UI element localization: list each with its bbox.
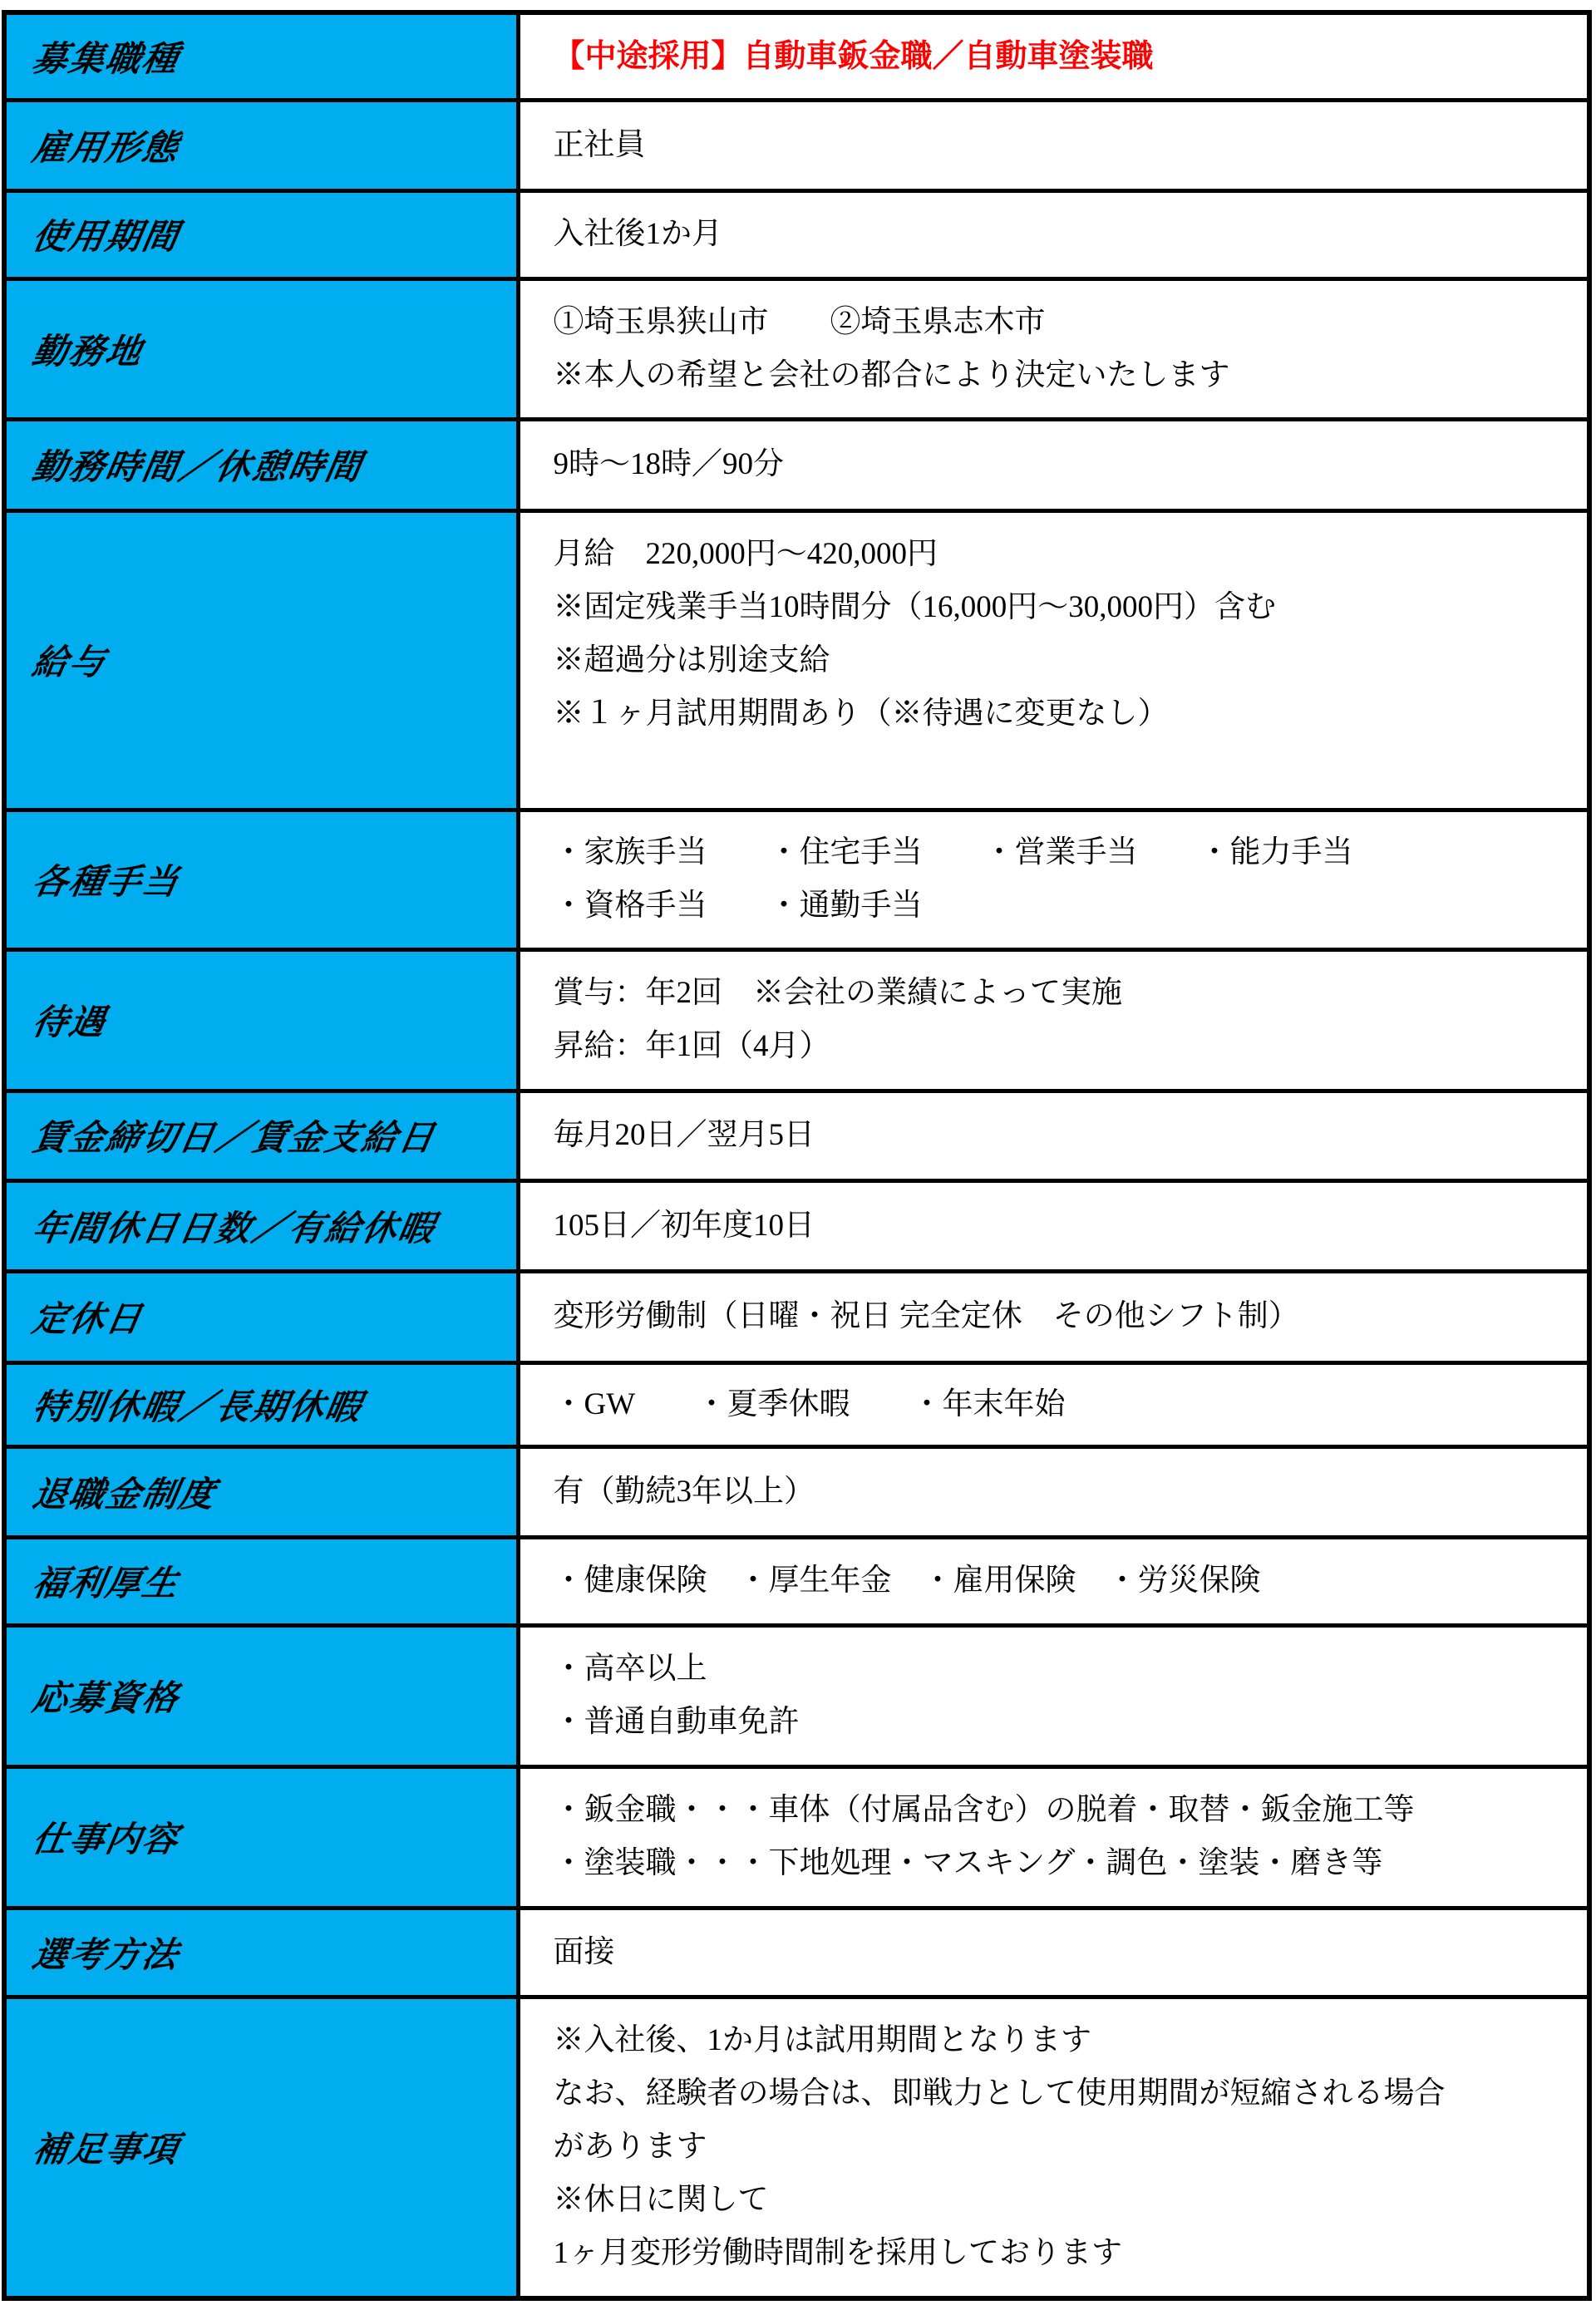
value-line: ①埼玉県狭山市 ②埼玉県志木市 bbox=[554, 296, 1568, 349]
row-value-cell: 有（勤続3年以上） bbox=[518, 1446, 1589, 1537]
row-value-cell: 正社員 bbox=[518, 100, 1589, 190]
value-line: 1ヶ月変形労働時間制を採用しております bbox=[554, 2227, 1568, 2280]
row-label-cell: 年間休日日数／有給休暇 bbox=[4, 1180, 518, 1271]
table-row: 賃金締切日／賃金支給日 毎月20日／翌月5日 bbox=[4, 1091, 1589, 1180]
value-line: 毎月20日／翌月5日 bbox=[554, 1109, 1568, 1162]
value-line: 9時～18時／90分 bbox=[554, 438, 1568, 491]
row-value-cell: 105日／初年度10日 bbox=[518, 1180, 1589, 1271]
table-row: 給与 月給 220,000円～420,000円※固定残業手当10時間分（16,0… bbox=[4, 510, 1589, 810]
row-label-cell: 補足事項 bbox=[4, 1997, 518, 2298]
row-value-cell: ①埼玉県狭山市 ②埼玉県志木市※本人の希望と会社の都合により決定いたします bbox=[518, 278, 1589, 419]
row-value-cell: ・高卒以上・普通自動車免許 bbox=[518, 1625, 1589, 1766]
row-label-cell: 特別休暇／長期休暇 bbox=[4, 1362, 518, 1446]
row-label-cell: 給与 bbox=[4, 510, 518, 810]
value-line: ※超過分は別途支給 bbox=[554, 634, 1568, 687]
value-line: 面接 bbox=[554, 1926, 1568, 1979]
row-value-cell: ・家族手当 ・住宅手当 ・営業手当 ・能力手当・資格手当 ・通勤手当 bbox=[518, 810, 1589, 949]
row-value-cell: ・鈑金職・・・車体（付属品含む）の脱着・取替・鈑金施工等・塗装職・・・下地処理・… bbox=[518, 1766, 1589, 1908]
row-value-cell: ・健康保険 ・厚生年金 ・雇用保険 ・労災保険 bbox=[518, 1537, 1589, 1625]
row-value-cell: 賞与：年2回 ※会社の業績によって実施昇給：年1回（4月） bbox=[518, 949, 1589, 1091]
row-label: 補足事項 bbox=[29, 2122, 185, 2172]
row-value-cell: 月給 220,000円～420,000円※固定残業手当10時間分（16,000円… bbox=[518, 510, 1589, 810]
row-label: 給与 bbox=[29, 635, 111, 685]
row-label: 仕事内容 bbox=[29, 1812, 185, 1862]
table-row: 募集職種 【中途採用】自動車鈑金職／自動車塗装職 bbox=[4, 12, 1589, 100]
value-line: ・資格手当 ・通勤手当 bbox=[554, 879, 1568, 933]
row-label-cell: 応募資格 bbox=[4, 1625, 518, 1766]
value-line: 正社員 bbox=[554, 119, 1568, 172]
value-line: ・高卒以上 bbox=[554, 1643, 1568, 1696]
table-row: 補足事項 ※入社後、1か月は試用期間となりますなお、経験者の場合は、即戦力として… bbox=[4, 1997, 1589, 2298]
table-row: 定休日 変形労働制（日曜・祝日 完全定休 その他シフト制） bbox=[4, 1271, 1589, 1362]
value-line: ※入社後、1か月は試用期間となります bbox=[554, 2014, 1568, 2067]
row-label: 勤務時間／休憩時間 bbox=[29, 440, 367, 490]
row-label: 応募資格 bbox=[29, 1671, 185, 1721]
row-label: 各種手当 bbox=[29, 855, 185, 904]
value-line: ・健康保険 ・厚生年金 ・雇用保険 ・労災保険 bbox=[554, 1554, 1568, 1608]
table-row: 勤務地 ①埼玉県狭山市 ②埼玉県志木市※本人の希望と会社の都合により決定いたしま… bbox=[4, 278, 1589, 419]
table-row: 特別休暇／長期休暇 ・GW ・夏季休暇 ・年末年始 bbox=[4, 1362, 1589, 1446]
value-line: ・鈑金職・・・車体（付属品含む）の脱着・取替・鈑金施工等 bbox=[554, 1784, 1568, 1837]
row-value-cell: ※入社後、1か月は試用期間となりますなお、経験者の場合は、即戦力として使用期間が… bbox=[518, 1997, 1589, 2298]
row-label-cell: 雇用形態 bbox=[4, 100, 518, 190]
row-label: 待遇 bbox=[29, 995, 111, 1045]
row-value-cell: 入社後1か月 bbox=[518, 190, 1589, 278]
value-line: なお、経験者の場合は、即戦力として使用期間が短縮される場合 bbox=[554, 2067, 1568, 2120]
value-line: ※１ヶ月試用期間あり（※待遇に変更なし） bbox=[554, 687, 1568, 741]
table-row: 使用期間 入社後1か月 bbox=[4, 190, 1589, 278]
table-row: 雇用形態 正社員 bbox=[4, 100, 1589, 190]
row-value-cell: 9時～18時／90分 bbox=[518, 419, 1589, 510]
row-label: 選考方法 bbox=[29, 1928, 185, 1977]
row-label: 福利厚生 bbox=[29, 1556, 185, 1606]
table-row: 年間休日日数／有給休暇 105日／初年度10日 bbox=[4, 1180, 1589, 1271]
row-label-cell: 定休日 bbox=[4, 1271, 518, 1362]
value-line: 変形労働制（日曜・祝日 完全定休 その他シフト制） bbox=[554, 1290, 1568, 1343]
row-value-cell: ・GW ・夏季休暇 ・年末年始 bbox=[518, 1362, 1589, 1446]
table-row: 選考方法 面接 bbox=[4, 1908, 1589, 1997]
row-label: 雇用形態 bbox=[29, 121, 185, 170]
row-label-cell: 選考方法 bbox=[4, 1908, 518, 1997]
table-row: 待遇 賞与：年2回 ※会社の業績によって実施昇給：年1回（4月） bbox=[4, 949, 1589, 1091]
row-label-cell: 仕事内容 bbox=[4, 1766, 518, 1908]
value-line: 月給 220,000円～420,000円 bbox=[554, 528, 1568, 581]
value-line: ※休日に関して bbox=[554, 2174, 1568, 2227]
row-label-cell: 退職金制度 bbox=[4, 1446, 518, 1537]
table-row: 退職金制度 有（勤続3年以上） bbox=[4, 1446, 1589, 1537]
value-line: ・家族手当 ・住宅手当 ・営業手当 ・能力手当 bbox=[554, 826, 1568, 879]
row-label-cell: 勤務地 bbox=[4, 278, 518, 419]
table-row: 各種手当 ・家族手当 ・住宅手当 ・営業手当 ・能力手当・資格手当 ・通勤手当 bbox=[4, 810, 1589, 949]
row-label: 退職金制度 bbox=[29, 1467, 221, 1517]
row-label: 年間休日日数／有給休暇 bbox=[29, 1201, 441, 1251]
table-row: 勤務時間／休憩時間 9時～18時／90分 bbox=[4, 419, 1589, 510]
value-line: ※固定残業手当10時間分（16,000円～30,000円）含む bbox=[554, 581, 1568, 634]
value-line: ・普通自動車免許 bbox=[554, 1696, 1568, 1749]
value-line: ※本人の希望と会社の都合により決定いたします bbox=[554, 349, 1568, 402]
row-label: 賃金締切日／賃金支給日 bbox=[29, 1111, 441, 1160]
job-posting-page: 募集職種 【中途採用】自動車鈑金職／自動車塗装職 雇用形態 正社員 使用期間 入… bbox=[0, 0, 1596, 2301]
row-label: 募集職種 bbox=[29, 32, 185, 81]
row-value-cell: 面接 bbox=[518, 1908, 1589, 1997]
row-label-cell: 募集職種 bbox=[4, 12, 518, 100]
row-label-cell: 使用期間 bbox=[4, 190, 518, 278]
row-label-cell: 福利厚生 bbox=[4, 1537, 518, 1625]
row-label: 特別休暇／長期休暇 bbox=[29, 1380, 367, 1430]
row-value-cell: 変形労働制（日曜・祝日 完全定休 その他シフト制） bbox=[518, 1271, 1589, 1362]
row-label-cell: 待遇 bbox=[4, 949, 518, 1091]
value-line: 昇給：年1回（4月） bbox=[554, 1020, 1568, 1073]
value-line: ・GW ・夏季休暇 ・年末年始 bbox=[554, 1378, 1568, 1431]
table-row: 仕事内容 ・鈑金職・・・車体（付属品含む）の脱着・取替・鈑金施工等・塗装職・・・… bbox=[4, 1766, 1589, 1908]
table-row: 応募資格 ・高卒以上・普通自動車免許 bbox=[4, 1625, 1589, 1766]
row-value-cell: 【中途採用】自動車鈑金職／自動車塗装職 bbox=[518, 12, 1589, 100]
job-posting-table: 募集職種 【中途採用】自動車鈑金職／自動車塗装職 雇用形態 正社員 使用期間 入… bbox=[2, 10, 1592, 2301]
table-row: 福利厚生 ・健康保険 ・厚生年金 ・雇用保険 ・労災保険 bbox=[4, 1537, 1589, 1625]
value-line: 【中途採用】自動車鈑金職／自動車塗装職 bbox=[554, 30, 1568, 83]
value-line: 賞与：年2回 ※会社の業績によって実施 bbox=[554, 967, 1568, 1020]
row-label-cell: 勤務時間／休憩時間 bbox=[4, 419, 518, 510]
row-value-cell: 毎月20日／翌月5日 bbox=[518, 1091, 1589, 1180]
row-label: 使用期間 bbox=[29, 209, 185, 259]
value-line: ・塗装職・・・下地処理・マスキング・調色・塗装・磨き等 bbox=[554, 1837, 1568, 1890]
row-label-cell: 各種手当 bbox=[4, 810, 518, 949]
value-line: があります bbox=[554, 2120, 1568, 2174]
row-label: 定休日 bbox=[29, 1292, 148, 1342]
row-label: 勤務地 bbox=[29, 324, 148, 374]
value-line: 入社後1か月 bbox=[554, 208, 1568, 261]
value-line: 105日／初年度10日 bbox=[554, 1199, 1568, 1253]
row-label-cell: 賃金締切日／賃金支給日 bbox=[4, 1091, 518, 1180]
value-line: 有（勤続3年以上） bbox=[554, 1465, 1568, 1519]
